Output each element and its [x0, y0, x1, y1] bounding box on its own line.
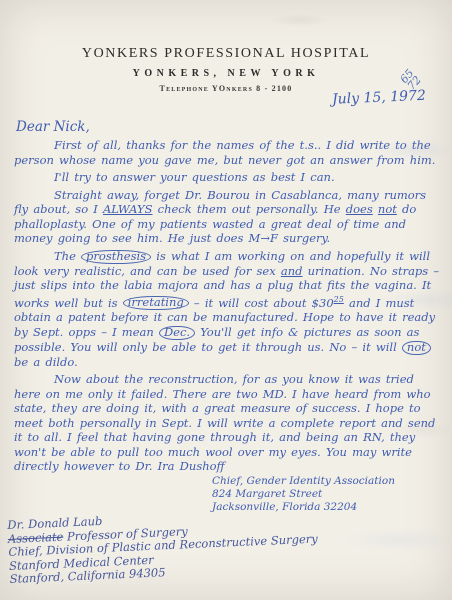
footer-address-block: Dr. Donald LaubAssociate Professor of Su…	[7, 505, 319, 586]
inner-address-line: 824 Margaret Street	[212, 488, 452, 501]
text-segment: ALWAYS	[103, 202, 153, 216]
text-segment: check them out personally. He	[152, 202, 345, 216]
text-segment: be a dildo.	[14, 355, 78, 369]
text-segment: The	[54, 249, 81, 263]
body-paragraph: First of all, thanks for the names of th…	[14, 138, 440, 167]
letterhead-hospital-name: YONKERS PROFESSIONAL HOSPITAL	[0, 46, 452, 62]
salutation: Dear Nick,	[16, 119, 452, 135]
text-segment: Chief, Gender Identity Association	[212, 475, 395, 487]
text-segment: Now about the reconstruction, for as you…	[14, 372, 435, 473]
body-paragraph: I'll try to answer your questions as bes…	[14, 170, 440, 185]
text-segment: not	[402, 341, 431, 355]
text-segment: 25	[334, 295, 344, 304]
text-segment: – it will cost about $30	[189, 295, 334, 309]
letterhead: YONKERS PROFESSIONAL HOSPITAL YONKERS, N…	[0, 0, 452, 93]
inner-address-line: Chief, Gender Identity Association	[212, 475, 452, 488]
text-segment: I'll try to answer your questions as bes…	[54, 170, 335, 184]
text-segment: prosthesis	[81, 250, 151, 264]
letterhead-city-line: YONKERS, NEW YORK	[0, 68, 452, 79]
body-paragraph: The prosthesis is what I am working on a…	[14, 249, 440, 370]
body-paragraph: Now about the reconstruction, for as you…	[14, 372, 440, 474]
text-segment: and	[281, 264, 303, 278]
letter-body: First of all, thanks for the names of th…	[14, 138, 440, 474]
scanned-letter-page: YONKERS PROFESSIONAL HOSPITAL YONKERS, N…	[0, 0, 452, 600]
text-segment: 824 Margaret Street	[212, 488, 322, 500]
text-segment: irretating	[123, 296, 189, 310]
text-segment: First of all, thanks for the names of th…	[14, 138, 435, 167]
text-segment: not	[378, 202, 397, 216]
text-segment: Dec.	[159, 326, 195, 340]
body-paragraph: Straight away, forget Dr. Bourou in Casa…	[14, 188, 440, 246]
text-segment: does	[346, 202, 373, 216]
